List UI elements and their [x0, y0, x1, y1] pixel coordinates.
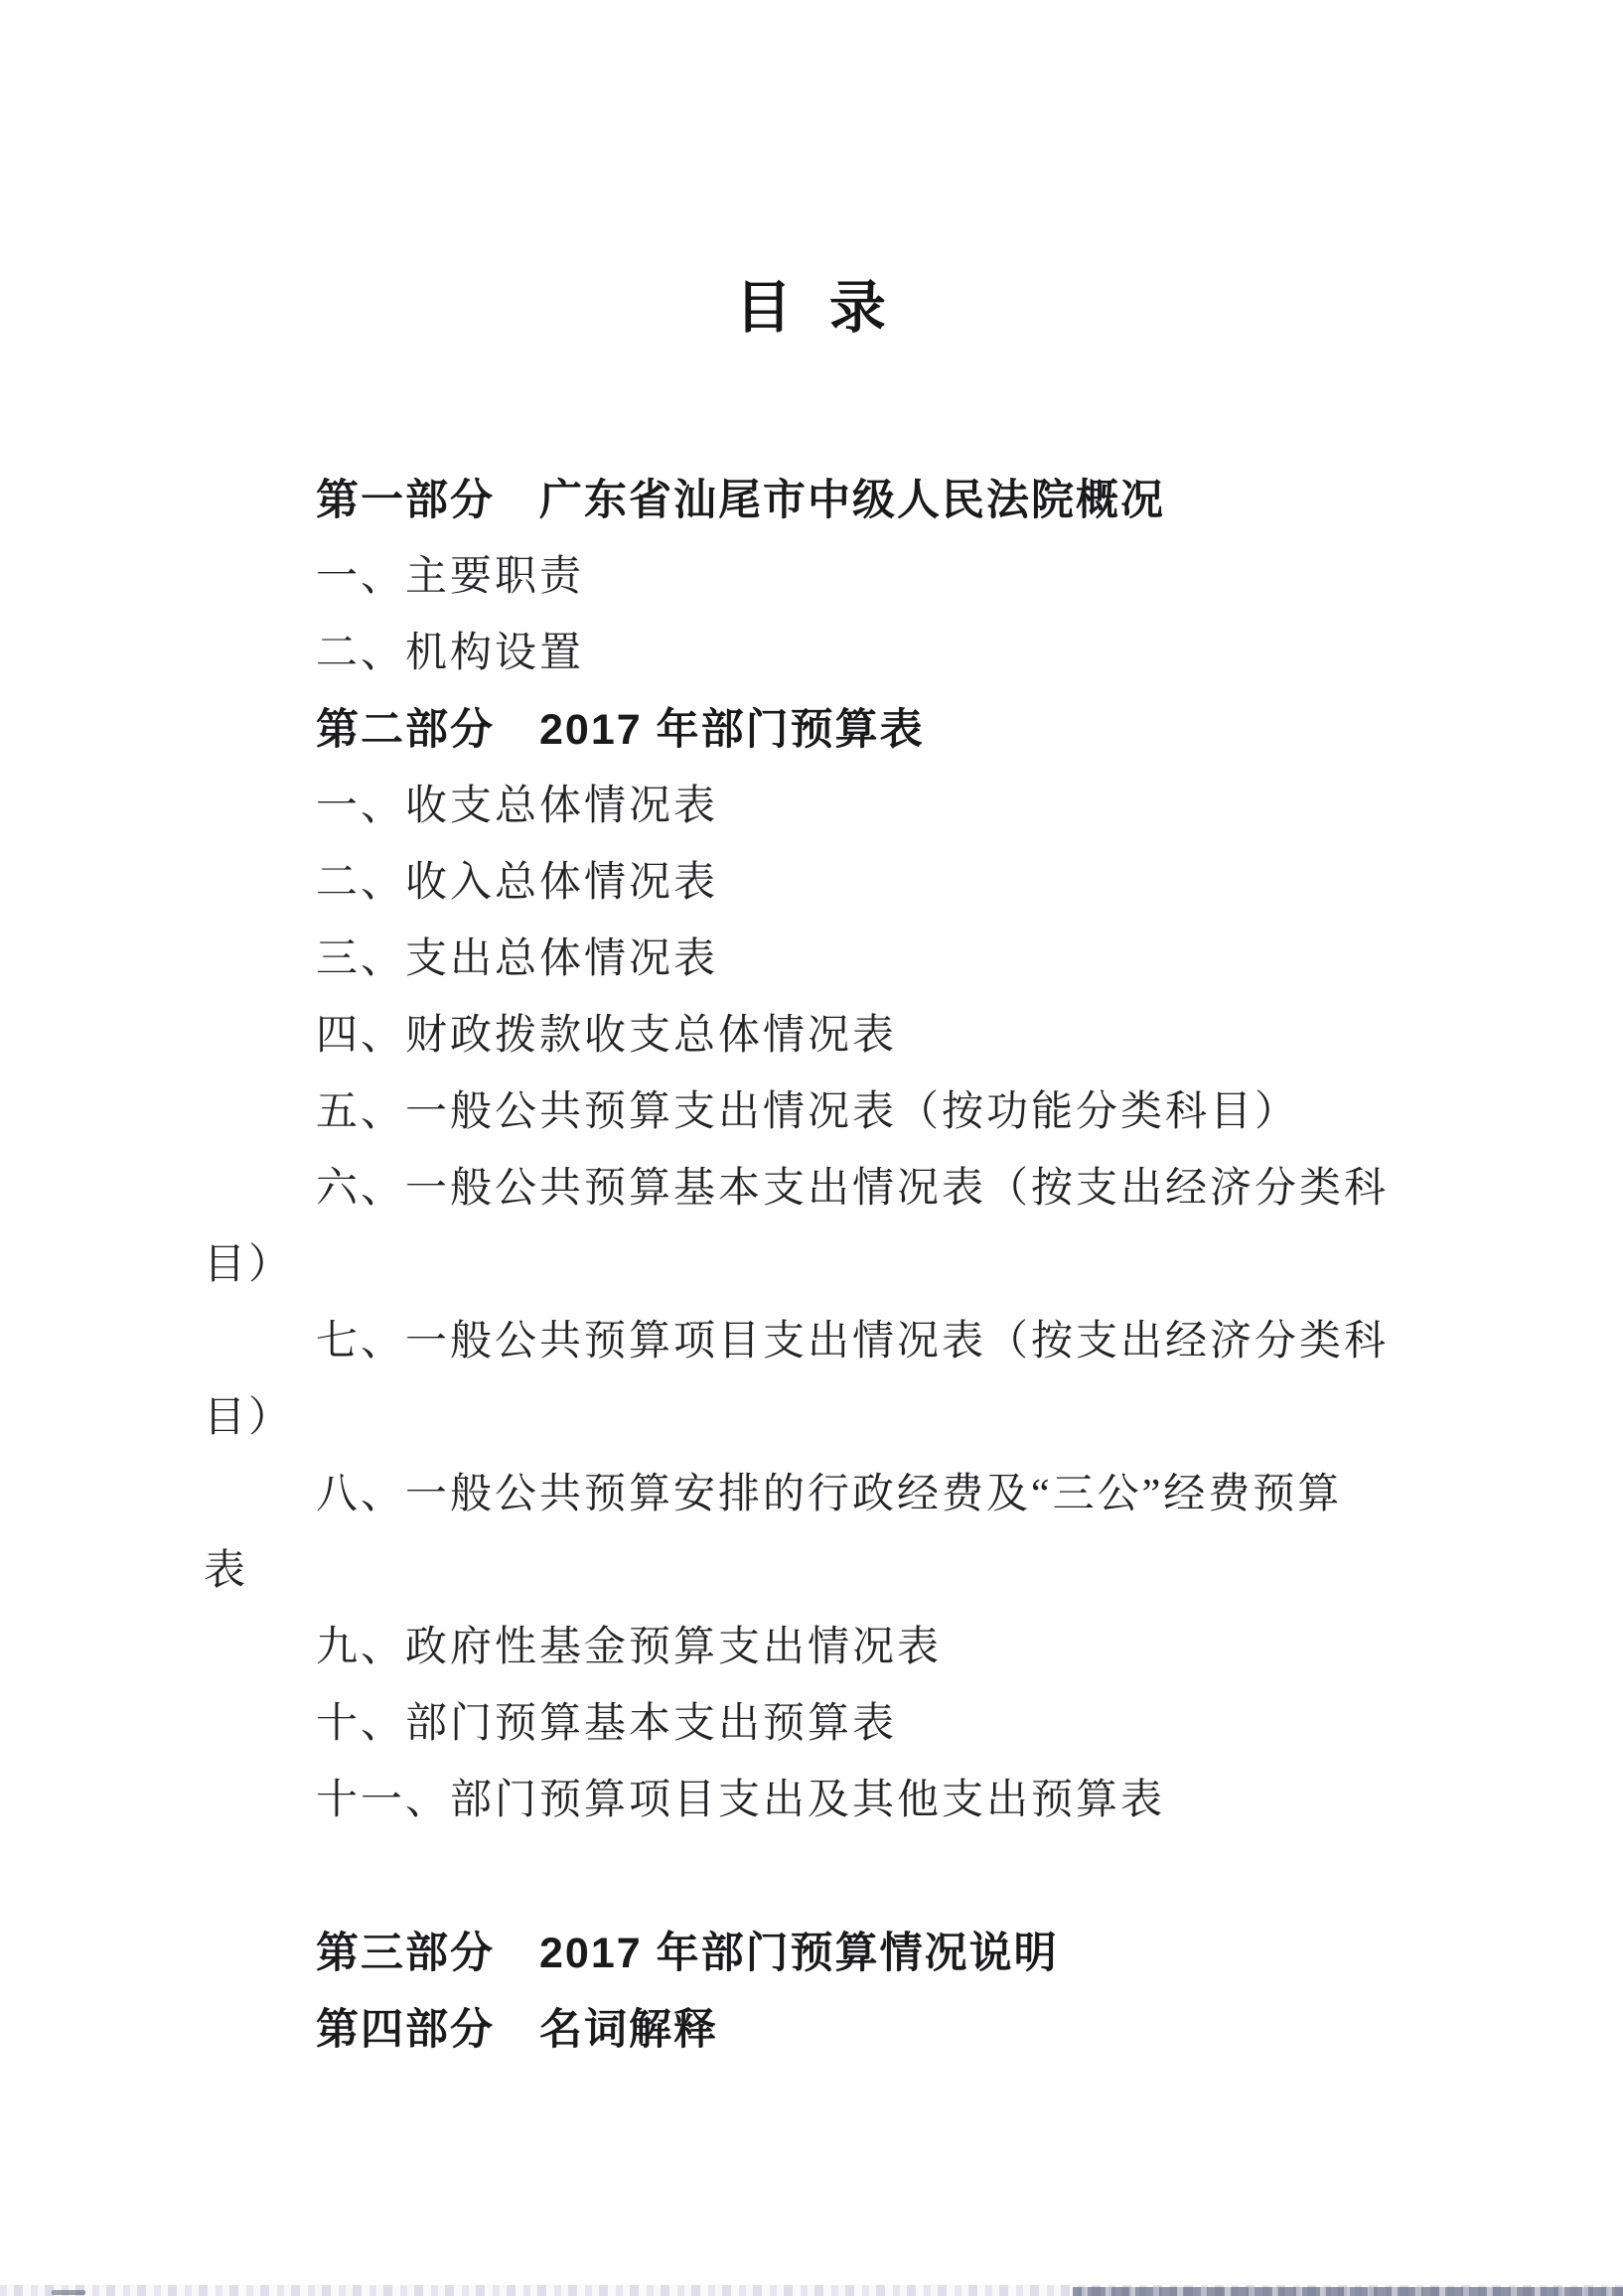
toc-section-heading: 第二部分 2017 年部门预算表: [204, 692, 1396, 769]
toc-section-heading: 第三部分 2017 年部门预算情况说明: [204, 1916, 1396, 1992]
toc-entry: 五、一般公共预算支出情况表（按功能分类科目）: [204, 1075, 1396, 1151]
toc-entry: 十、部门预算基本支出预算表: [204, 1686, 1396, 1763]
toc-spacer: [204, 1839, 1396, 1916]
toc-section-heading: 第四部分 名词解释: [204, 1992, 1396, 2069]
toc-entry: 二、收入总体情况表: [204, 845, 1396, 922]
toc-entry: 一、主要职责: [204, 539, 1396, 616]
document-page: 目 录 第一部分 广东省汕尾市中级人民法院概况一、主要职责二、机构设置第二部分 …: [0, 0, 1623, 2296]
toc-entry: 八、一般公共预算安排的行政经费及“三公”经费预算: [204, 1457, 1396, 1533]
toc-entry: 表: [204, 1533, 1396, 1610]
toc-entry: 二、机构设置: [204, 616, 1396, 692]
toc-entry: 目）: [204, 1380, 1396, 1457]
toc-section-heading: 第一部分 广东省汕尾市中级人民法院概况: [204, 463, 1396, 539]
page-title: 目 录: [0, 266, 1623, 350]
toc-entry: 三、支出总体情况表: [204, 922, 1396, 998]
table-of-contents: 第一部分 广东省汕尾市中级人民法院概况一、主要职责二、机构设置第二部分 2017…: [204, 463, 1396, 2069]
toc-entry: 一、收支总体情况表: [204, 769, 1396, 845]
toc-entry: 四、财政拨款收支总体情况表: [204, 998, 1396, 1075]
toc-entry: 九、政府性基金预算支出情况表: [204, 1610, 1396, 1686]
scan-noise-strip-dark: [1073, 2287, 1623, 2296]
toc-entry: 六、一般公共预算基本支出情况表（按支出经济分类科: [204, 1151, 1396, 1227]
scan-noise-speck: [52, 2290, 85, 2295]
toc-entry: 目）: [204, 1227, 1396, 1304]
toc-entry: 七、一般公共预算项目支出情况表（按支出经济分类科: [204, 1304, 1396, 1380]
toc-entry: 十一、部门预算项目支出及其他支出预算表: [204, 1763, 1396, 1839]
